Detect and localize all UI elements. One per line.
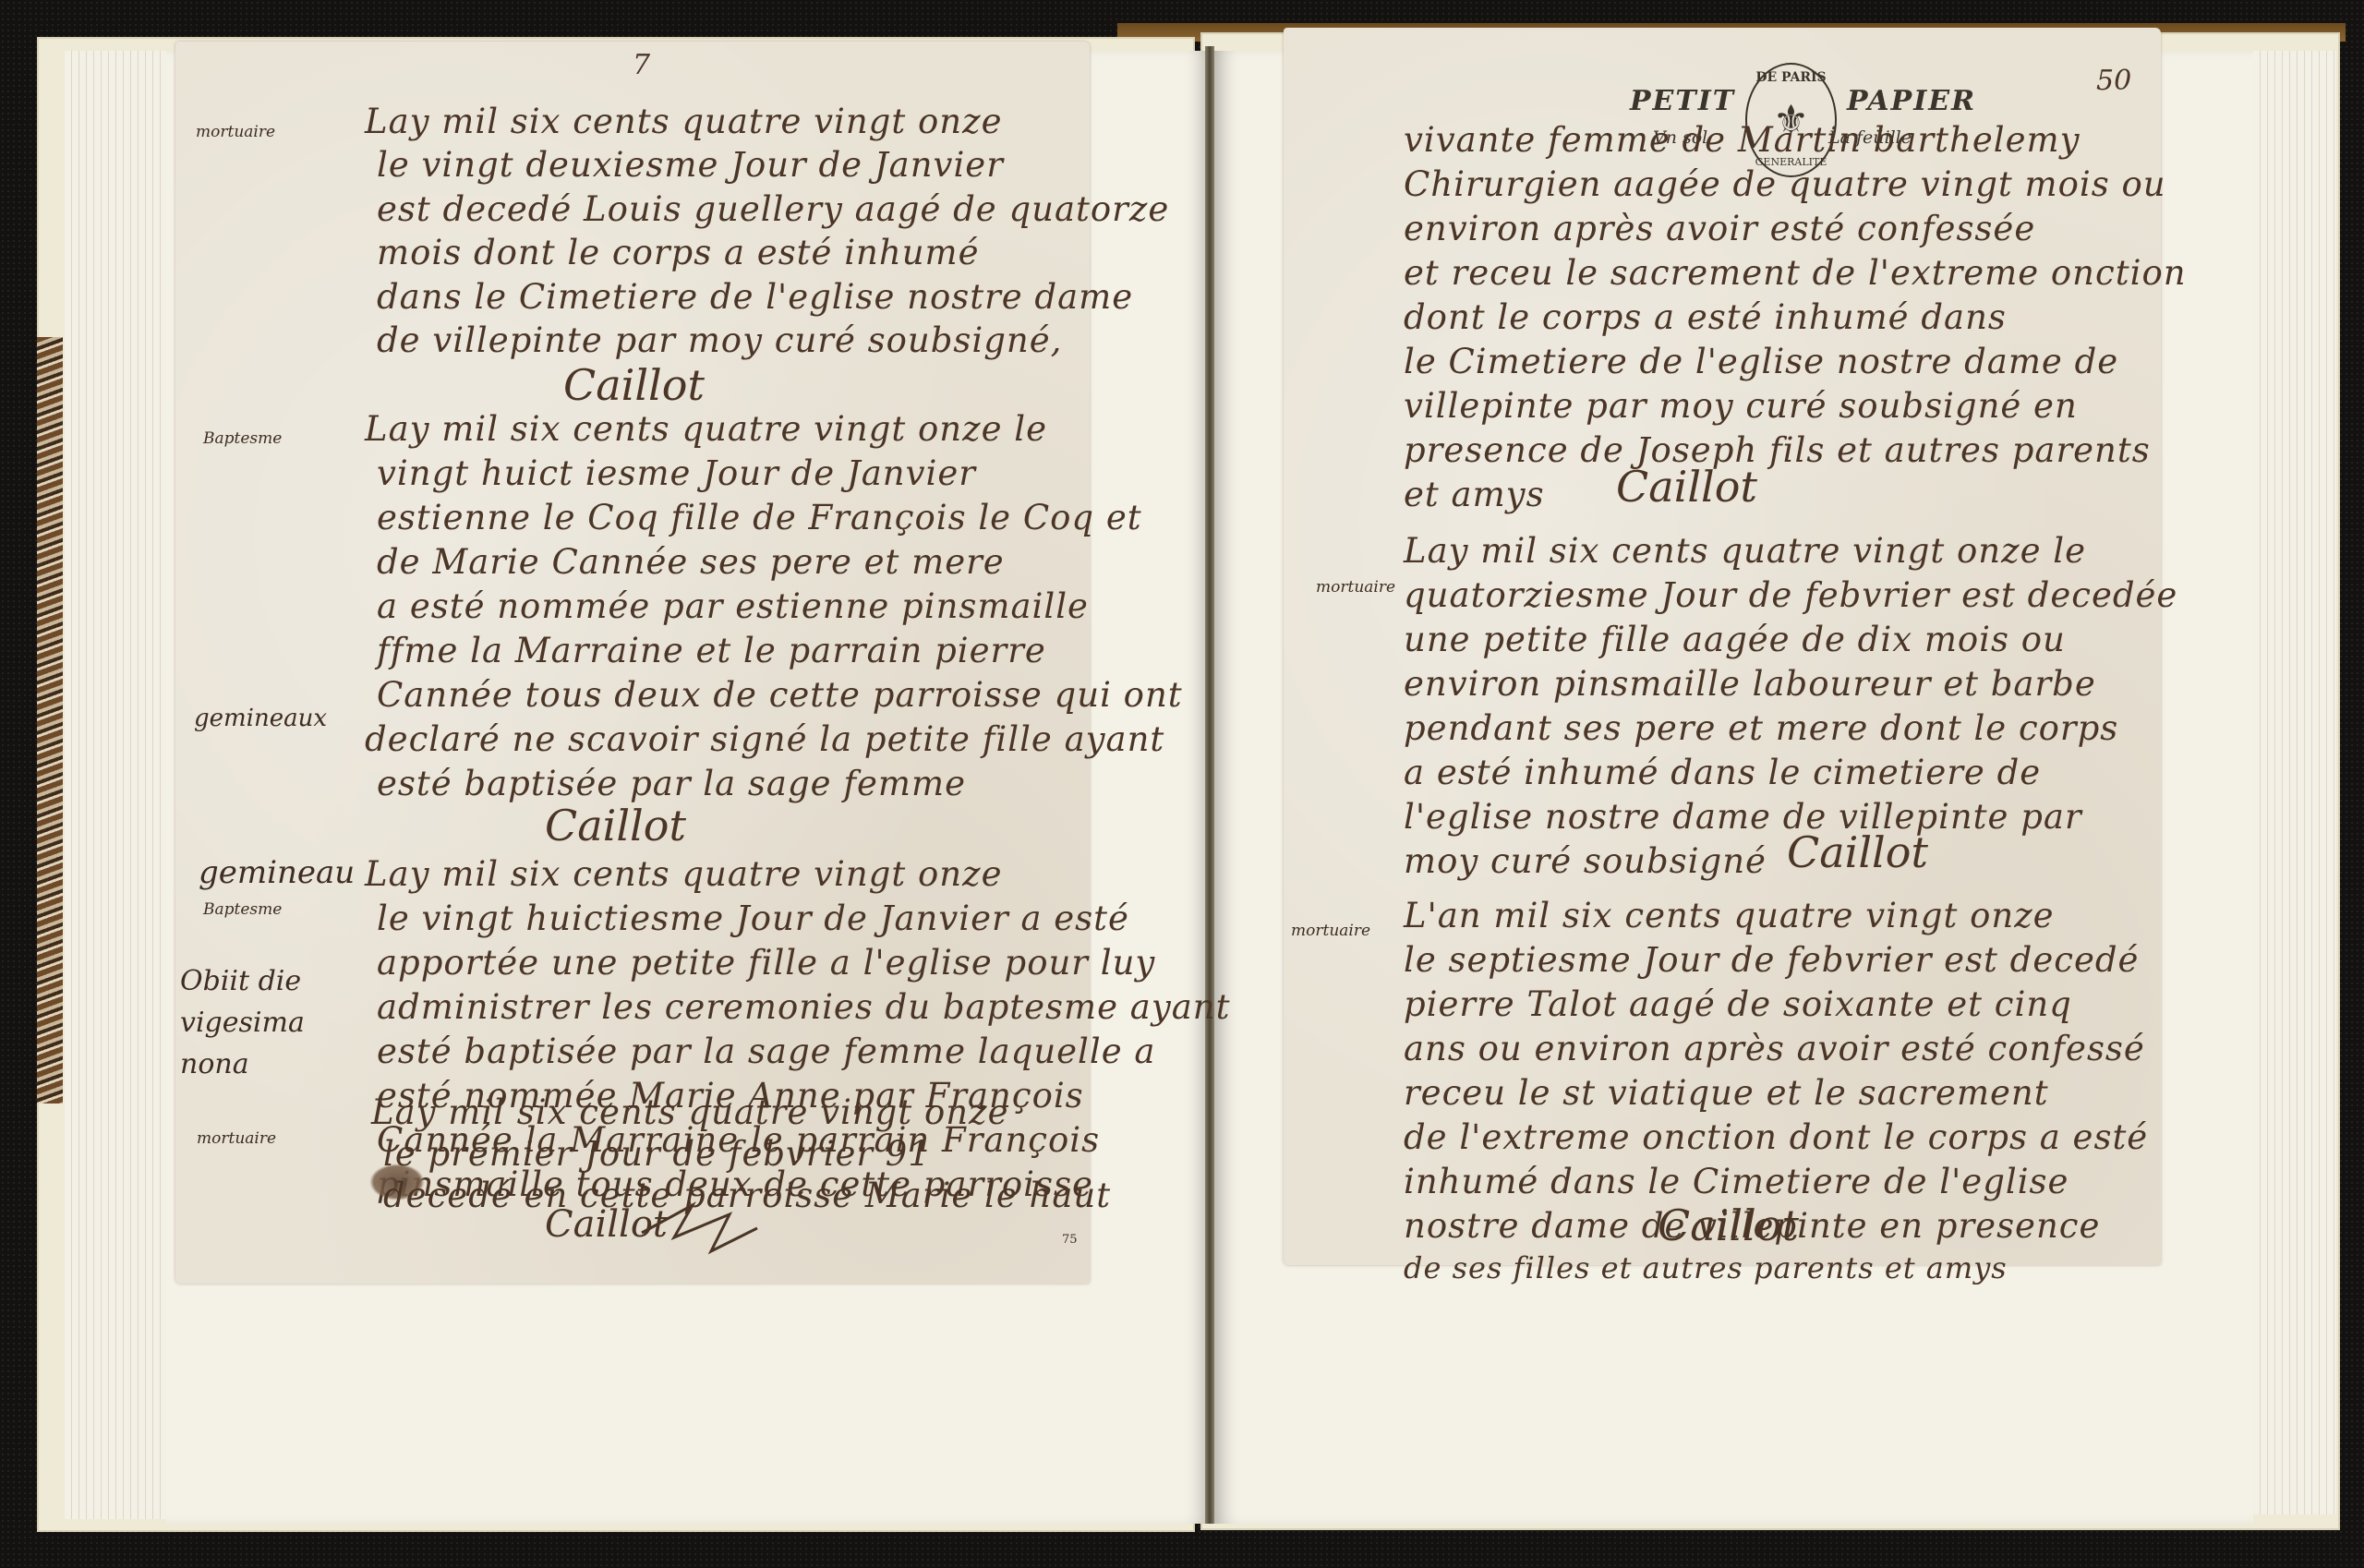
entry-line: de l'extreme onction dont le corps a est… (1404, 1117, 2148, 1157)
entry-line: receu le st viatique et le sacrement (1404, 1073, 2049, 1113)
entry-line: et receu le sacrement de l'extreme oncti… (1404, 253, 2187, 293)
entry-line: le septiesme Jour de febvrier est decedé (1404, 940, 2139, 980)
entry-line: Lay mil six cents quatre vingt onze (365, 102, 1003, 141)
margin-note-obiit: vigesima (180, 1007, 305, 1039)
entry-line: de villepinte par moy curé soubsigné, (377, 320, 1062, 360)
entry-line: decedé en cette parroisse Marie le haut (383, 1176, 1111, 1215)
signature: Caillot (1787, 827, 1928, 877)
entry-line: est decedé Louis guellery aagé de quator… (377, 189, 1169, 229)
stamp-seal-top: DE PARIS (1755, 70, 1826, 85)
entry-line: esté baptisée par la sage femme (377, 764, 966, 803)
margin-label: mortuaire (1291, 922, 1370, 940)
margin-label: mortuaire (197, 1129, 276, 1148)
entry-line: declaré ne scavoir signé la petite fille… (365, 719, 1164, 759)
entry-line: Cannée tous deux de cette parroisse qui … (377, 675, 1183, 715)
margin-label: mortuaire (196, 123, 275, 141)
page-number: 50 (2096, 65, 2131, 97)
entry-line: Lay mil six cents quatre vingt onze le (365, 409, 1047, 449)
entry-line: administrer les ceremonies du baptesme a… (377, 987, 1230, 1027)
entry-line: apportée une petite fille a l'eglise pou… (377, 943, 1155, 983)
margin-note-obiit: Obiit die (180, 965, 301, 997)
entry-line: pendant ses pere et mere dont le corps (1404, 708, 2118, 748)
page-stack-left (65, 51, 166, 1519)
entry-line: le vingt deuxiesme Jour de Janvier (377, 145, 1004, 185)
entry-line: mois dont le corps a esté inhumé (377, 233, 980, 272)
signature: Caillot (1658, 1200, 1799, 1250)
folio-mark: 75 (1062, 1233, 1078, 1247)
entry-line: a esté nommée par estienne pinsmaille (377, 586, 1089, 626)
entry-line: vivante femme de Martin barthelemy (1404, 120, 2080, 160)
page-stack-right (2253, 51, 2336, 1514)
entry-line: Lay mil six cents quatre vingt onze (365, 854, 1003, 894)
entry-line: ffme la Marraine et le parrain pierre (377, 631, 1046, 670)
manuscript-page-right: 50 PETIT DE PARIS ⚜ GENERALITE PAPIER Vn… (1284, 28, 2161, 1265)
entry-line: estienne le Coq fille de François le Coq… (377, 498, 1142, 537)
entry-line: a esté inhumé dans le cimetiere de (1404, 753, 2041, 792)
entry-line: le premier Jour de febvrier 91 (383, 1134, 931, 1174)
entry-line: l'eglise nostre dame de villepinte par (1404, 797, 2082, 837)
entry-line: dans le Cimetiere de l'eglise nostre dam… (377, 277, 1133, 317)
signature: Caillot (545, 801, 686, 850)
margin-note-twins: gemineau (199, 854, 355, 891)
entry-line: inhumé dans le Cimetiere de l'eglise (1404, 1162, 2068, 1201)
book-gutter (1205, 46, 1214, 1524)
stamp-word-left: PETIT (1630, 85, 1735, 117)
margin-note-obiit: nona (180, 1048, 249, 1080)
entry-line: villepinte par moy curé soubsigné en (1404, 386, 2078, 426)
entry-line: environ après avoir esté confessée (1404, 209, 2035, 248)
entry-line: dont le corps a esté inhumé dans (1404, 297, 2007, 337)
entry-line: L'an mil six cents quatre vingt onze (1404, 896, 2055, 935)
entry-line: Chirurgien aagée de quatre vingt mois ou (1404, 164, 2166, 204)
entry-line: pierre Talot aagé de soixante et cinq (1404, 984, 2072, 1024)
entry-line: moy curé soubsigné (1404, 841, 1767, 881)
entry-line: ans ou environ après avoir esté confessé (1404, 1029, 2145, 1068)
entry-line: de Marie Cannée ses pere et mere (377, 542, 1005, 582)
signature: Caillot (563, 360, 705, 410)
entry-line: environ pinsmaille laboureur et barbe (1404, 664, 2096, 704)
entry-line: quatorziesme Jour de febvrier est decedé… (1404, 575, 2177, 615)
page-number: 7 (633, 49, 650, 81)
margin-note-twins: gemineaux (194, 705, 327, 732)
entry-line: Lay mil six cents quatre vingt onze (371, 1092, 1009, 1132)
margin-label: mortuaire (1316, 578, 1395, 597)
signature: Caillot (1616, 462, 1757, 512)
entry-line: de ses filles et autres parents et amys (1404, 1250, 2008, 1285)
stamp-word-right: PAPIER (1847, 85, 1976, 117)
margin-label: Baptesme (203, 900, 282, 919)
entry-line: une petite fille aagée de dix mois ou (1404, 620, 2066, 659)
entry-line: et amys (1404, 475, 1545, 514)
entry-line: esté baptisée par la sage femme laquelle… (377, 1031, 1155, 1071)
margin-label: Baptesme (203, 429, 282, 448)
marbled-endpaper-left (37, 337, 63, 1104)
entry-line: le vingt huictiesme Jour de Janvier a es… (377, 899, 1129, 938)
entry-line: le Cimetiere de l'eglise nostre dame de (1404, 342, 2118, 381)
entry-line: vingt huict iesme Jour de Janvier (377, 453, 976, 493)
entry-line: Lay mil six cents quatre vingt onze le (1404, 531, 2086, 571)
entry-line: presence de Joseph fils et autres parent… (1404, 430, 2151, 470)
